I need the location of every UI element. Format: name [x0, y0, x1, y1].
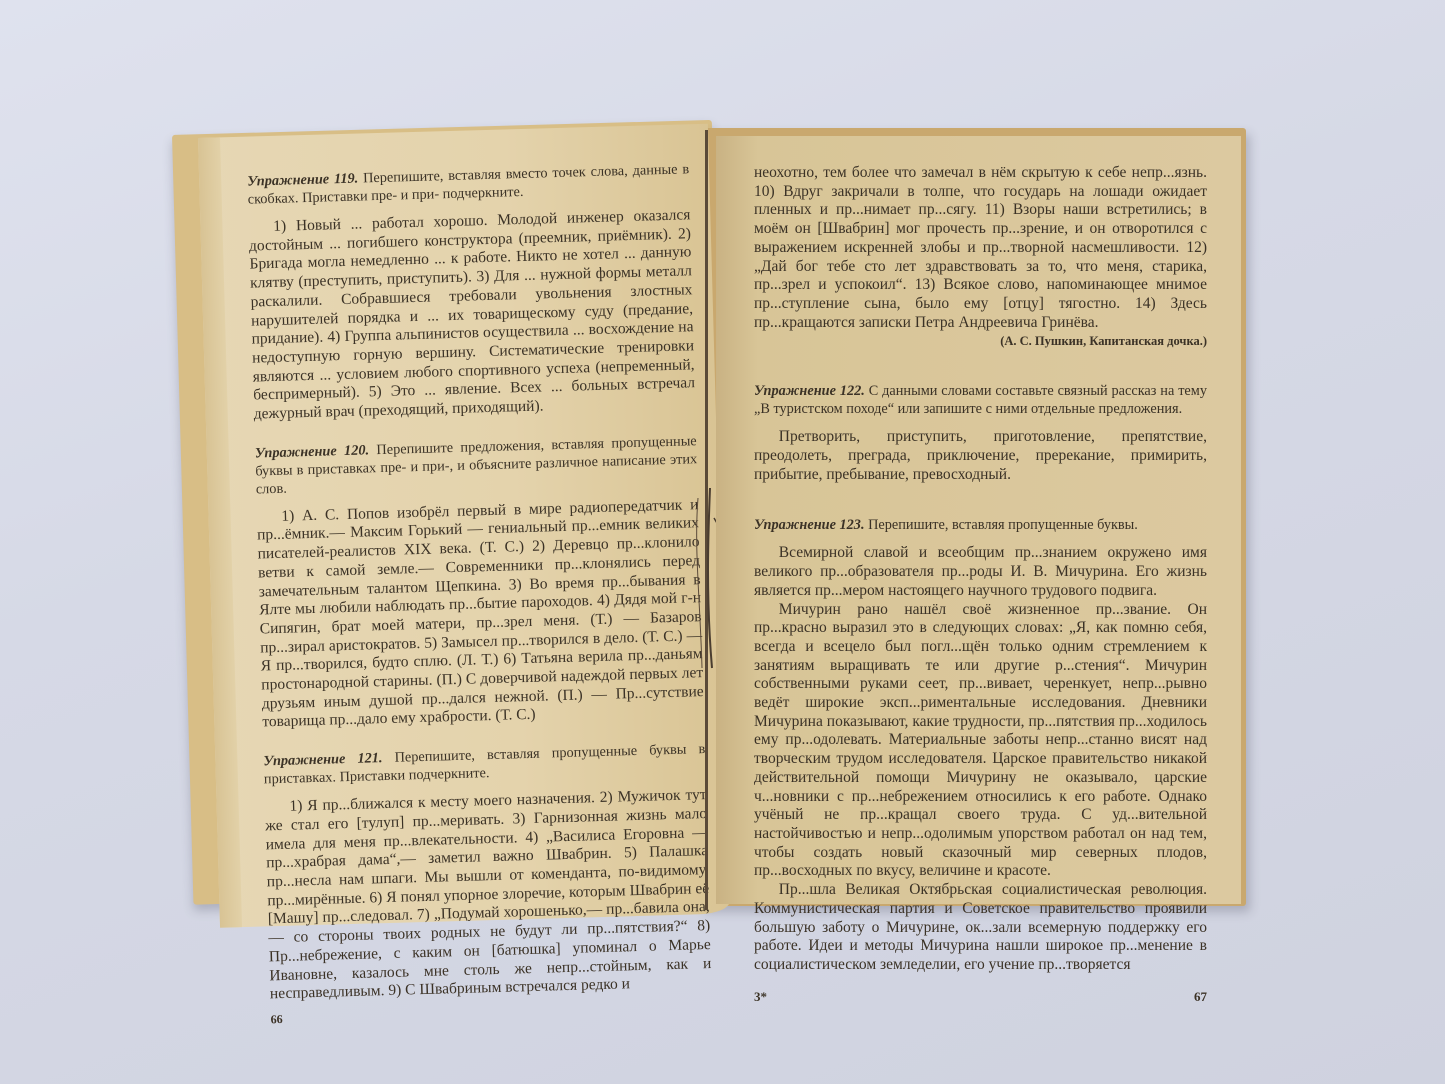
exercise-123-number: Упражнение 123. [754, 517, 865, 533]
exercise-122-heading: Упражнение 122. С данными словами состав… [754, 382, 1207, 418]
exercise-120-text: 1) А. С. Попов изобрёл первый в мире рад… [256, 496, 704, 733]
exercise-119-number: Упражнение 119. [247, 171, 358, 190]
exercise-121-text: 1) Я пр...ближался к месту моего назначе… [264, 786, 712, 1004]
exercise-119-text: 1) Новый ... работал хорошо. Молодой инж… [248, 206, 696, 424]
left-page: Упражнение 119. Перепишите, вставляя вме… [198, 124, 730, 928]
exercise-123: Упражнение 123. Перепишите, вставляя про… [754, 516, 1207, 974]
exercise-121-continued-text: неохотно, тем более что замечал в нём ск… [754, 164, 1207, 332]
exercise-123-instruction: Перепишите, вставляя пропущенные буквы. [868, 517, 1138, 533]
exercise-123-heading: Упражнение 123. Перепишите, вставляя про… [754, 516, 1207, 534]
right-page-footer: 3* 67 [754, 989, 1207, 1005]
signature-mark: 3* [754, 989, 767, 1005]
exercise-119: Упражнение 119. Перепишите, вставляя вме… [247, 160, 696, 424]
exercise-120: Упражнение 120. Перепишите предложения, … [255, 432, 705, 733]
exercise-122: Упражнение 122. С данными словами состав… [754, 382, 1207, 484]
right-page: неохотно, тем более что замечал в нём ск… [716, 136, 1241, 904]
exercise-123-paragraph-3: Пр...шла Великая Октябрьская социалистич… [754, 881, 1207, 975]
exercise-120-number: Упражнение 120. [255, 442, 370, 461]
open-book: Упражнение 119. Перепишите, вставляя вме… [0, 0, 1445, 1084]
exercise-121-source: (А. С. Пушкин, Капитанская дочка.) [754, 332, 1207, 350]
exercise-123-paragraph-1: Всемирной славой и всеобщим пр...знанием… [754, 544, 1207, 600]
exercise-123-paragraph-2: Мичурин рано нашёл своё жизненное пр...з… [754, 601, 1207, 882]
exercise-122-number: Упражнение 122. [754, 383, 865, 399]
exercise-121: Упражнение 121. Перепишите, вставляя про… [263, 740, 712, 1004]
page-number-left: 66 [270, 1000, 712, 1027]
exercise-121-number: Упражнение 121. [263, 750, 382, 769]
exercise-122-words: Претворить, приступить, приготовление, п… [754, 428, 1207, 484]
page-number-right: 67 [1194, 989, 1207, 1005]
